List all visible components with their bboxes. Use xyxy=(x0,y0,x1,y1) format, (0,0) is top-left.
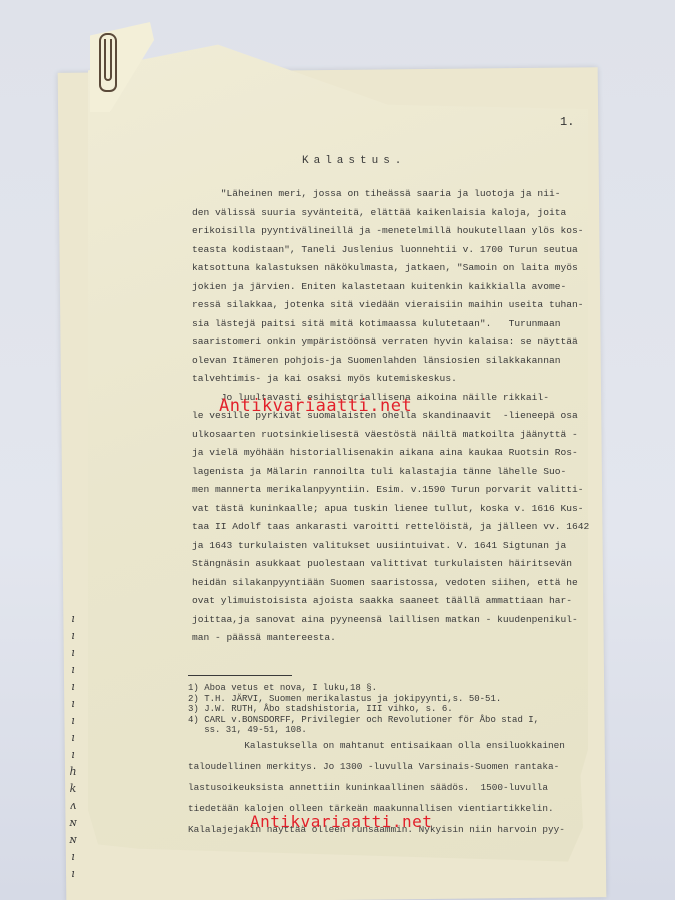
text-line: lagenista ja Mälarin rannoilta tuli kala… xyxy=(192,463,572,482)
text-line: ja vielä myöhään historiallisenakin aika… xyxy=(192,444,572,463)
footnote: 2) T.H. JÄRVI, Suomen merikalastus ja jo… xyxy=(188,694,588,705)
handwritten-mark: ı xyxy=(66,610,80,627)
footnote: ss. 31, 49-51, 108. xyxy=(188,725,588,736)
handwritten-mark: ɴ xyxy=(66,814,80,831)
handwritten-mark: ɴ xyxy=(66,831,80,848)
text-line: erikoisilla pyyntivälineillä ja -menetel… xyxy=(192,222,572,241)
text-line: talvehtimis- ja kai osaksi myös kutemisk… xyxy=(192,370,572,389)
handwritten-mark: ı xyxy=(66,695,80,712)
handwritten-mark: ı xyxy=(66,627,80,644)
paperclip-icon xyxy=(99,33,117,92)
footnote: 4) CARL v.BONSDORFF, Privilegier och Rev… xyxy=(188,715,588,726)
text-line: den välissä suuria syvänteitä, elättää k… xyxy=(192,204,572,223)
text-line: ja 1643 turkulaisten valitukset uusiintu… xyxy=(192,537,572,556)
handwritten-mark: ı xyxy=(66,644,80,661)
text-line: olevan Itämeren pohjois-ja Suomenlahden … xyxy=(192,352,572,371)
footnote-divider xyxy=(188,675,292,676)
text-line: taloudellinen merkitys. Jo 1300 -luvulla… xyxy=(188,756,588,777)
text-line: men mannerta merikalanpyyntiin. Esim. v.… xyxy=(192,481,572,500)
text-line: ressä silakkaa, jotenka sitä viedään vie… xyxy=(192,296,572,315)
handwritten-mark: ı xyxy=(66,746,80,763)
handwritten-mark: ı xyxy=(66,661,80,678)
handwritten-mark: ı xyxy=(66,848,80,865)
watermark-bottom: Antikvariaatti.net xyxy=(250,812,432,831)
handwritten-mark: ı xyxy=(66,678,80,695)
handwritten-mark: ı xyxy=(66,865,80,882)
page-number: 1. xyxy=(560,115,574,129)
text-line: lastusoikeuksista annettiin kuninkaallin… xyxy=(188,777,588,798)
text-line: "Läheinen meri, jossa on tiheässä saaria… xyxy=(192,185,572,204)
footnote: 3) J.W. RUTH, Åbo stadshistoria, III vih… xyxy=(188,704,588,715)
handwritten-mark: h xyxy=(66,763,80,780)
handwritten-mark: ʌ xyxy=(66,797,80,814)
text-line: vat tästä kuninkaalle; apua tuskin liene… xyxy=(192,500,572,519)
watermark: Antikvariaatti.net xyxy=(219,396,412,416)
text-line: heidän silakanpyyntiään Suomen saaristos… xyxy=(192,574,572,593)
text-line: Kalastuksella on mahtanut entisaikaan ol… xyxy=(188,735,588,756)
text-line: jokien ja järvien. Eniten kalastetaan ku… xyxy=(192,278,572,297)
text-line: joittaa,ja sanovat aina pyyneensä lailli… xyxy=(192,611,572,630)
handwritten-mark: ı xyxy=(66,712,80,729)
footnotes: 1) Aboa vetus et nova, I luku,18 §.2) T.… xyxy=(188,683,588,736)
handwritten-mark: ı xyxy=(66,729,80,746)
body-text: "Läheinen meri, jossa on tiheässä saaria… xyxy=(192,185,572,648)
text-line: saaristomeri onkin ympäristöönsä verrate… xyxy=(192,333,572,352)
text-line: Stängnäsin asukkaat puolestaan valittiva… xyxy=(192,555,572,574)
text-line: taa II Adolf taas ankarasti varoitti ret… xyxy=(192,518,572,537)
handwritten-mark: k xyxy=(66,780,80,797)
text-line: man - päässä mantereesta. xyxy=(192,629,572,648)
margin-handwriting: ıııııııııhkʌɴɴıı xyxy=(66,610,80,882)
text-line: teasta kodistaan", Taneli Juslenius luon… xyxy=(192,241,572,260)
text-line: sia lästejä paitsi sitä mitä kotimaassa … xyxy=(192,315,572,334)
text-line: katsottuna kalastuksen näkökulmasta, jat… xyxy=(192,259,572,278)
text-line: ovat ylimuistoisista ajoista saakka saan… xyxy=(192,592,572,611)
document-title: Kalastus. xyxy=(302,155,406,167)
text-line: ulkosaarten ruotsinkielisestä väestöstä … xyxy=(192,426,572,445)
footnote: 1) Aboa vetus et nova, I luku,18 §. xyxy=(188,683,588,694)
